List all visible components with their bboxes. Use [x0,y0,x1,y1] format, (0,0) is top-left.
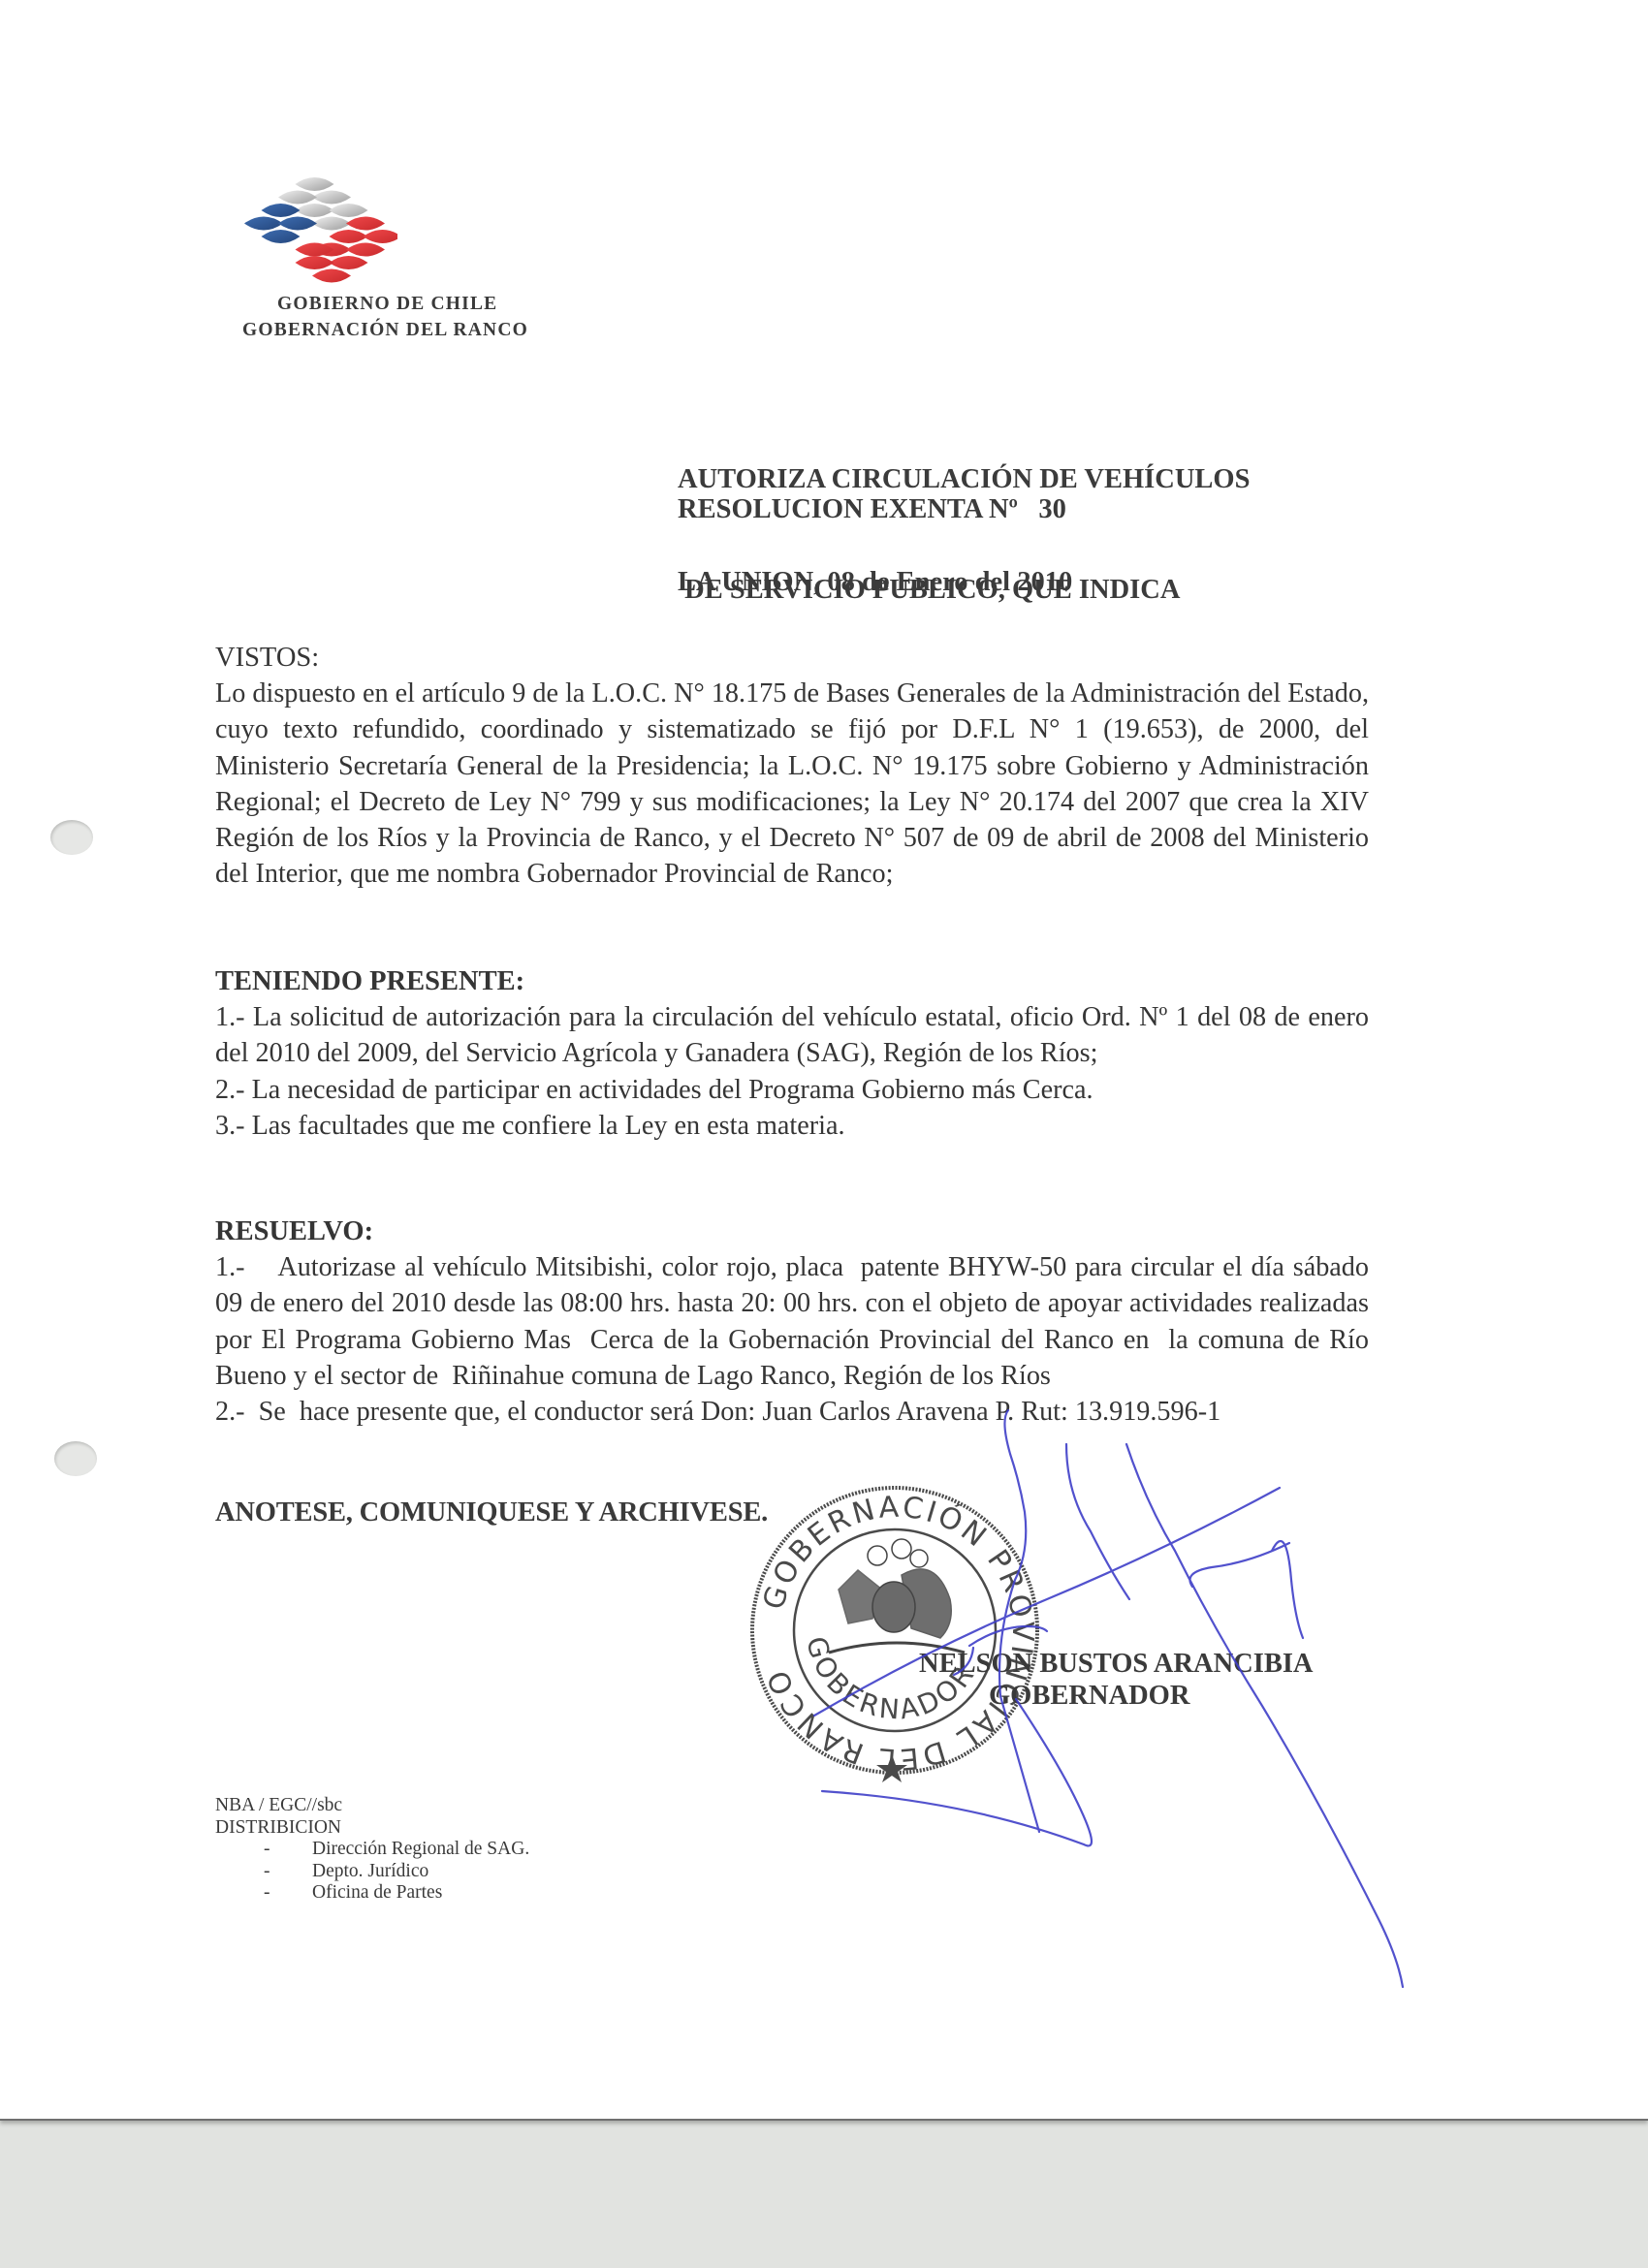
signatory-block: NELSON BUSTOS ARANCIBIA GOBERNADOR [919,1648,1314,1712]
teniendo-presente-item: 1.- La solicitud de autorización para la… [215,999,1369,1071]
svg-text:GOBERNACIÓN PROVINCIAL DEL RAN: GOBERNACIÓN PROVINCIAL DEL RANCO [757,1491,1039,1777]
resuelvo-item: 2.- Se hace presente que, el conductor s… [215,1394,1369,1430]
resuelvo-section: RESUELVO: 1.- Autorizase al vehículo Mit… [215,1213,1369,1430]
gobierno-de-chile-logo-icon [242,173,397,287]
resolution-label: RESOLUCION EXENTA Nº [678,494,1018,524]
resolution-number: 30 [1038,494,1066,524]
resolution-number-line: RESOLUCION EXENTA Nº 30 [678,494,1066,525]
distribution-item: -Dirección Regional de SAG. [215,1839,529,1861]
official-stamp-icon: GOBERNACIÓN PROVINCIAL DEL RANCO GOBERNA… [746,1483,1047,1783]
distribution-title: DISTRIBICION [215,1817,529,1840]
distribution-footer: NBA / EGC//sbc DISTRIBICION -Dirección R… [215,1795,529,1905]
reference-initials: NBA / EGC//sbc [215,1795,529,1817]
teniendo-presente-section: TENIENDO PRESENTE: 1.- La solicitud de a… [215,963,1369,1144]
resuelvo-title: RESUELVO: [215,1213,1369,1249]
punch-hole [54,1441,97,1476]
place-date: LA UNION, 08 de Enero del 2010 [678,567,1072,598]
coat-of-arms-icon [829,1539,965,1653]
organization-name: GOBIERNO DE CHILE GOBERNACIÓN DEL RANCO [242,291,572,343]
resuelvo-item: 1.- Autorizase al vehículo Mitsibishi, c… [215,1249,1369,1394]
teniendo-presente-title: TENIENDO PRESENTE: [215,963,1369,999]
document-page: GOBIERNO DE CHILE GOBERNACIÓN DEL RANCO … [0,0,1648,2121]
vistos-section: VISTOS: Lo dispuesto en el artículo 9 de… [215,640,1369,892]
teniendo-presente-item: 3.- Las facultades que me confiere la Le… [215,1108,1369,1144]
vistos-title: VISTOS: [215,640,1369,676]
vistos-text: Lo dispuesto en el artículo 9 de la L.O.… [215,676,1369,892]
subject-line-1: AUTORIZA CIRCULACIÓN DE VEHÍCULOS [678,461,1250,498]
org-line-2: GOBERNACIÓN DEL RANCO [242,317,572,343]
org-line-1: GOBIERNO DE CHILE [242,291,572,317]
signatory-title: GOBERNADOR [919,1680,1314,1712]
closing-formula: ANOTESE, COMUNIQUESE Y ARCHIVESE. [215,1497,768,1528]
distribution-item: -Depto. Jurídico [215,1861,529,1883]
resolution-subject: AUTORIZA CIRCULACIÓN DE VEHÍCULOS DE SER… [678,388,1250,682]
punch-hole [50,820,93,855]
stamp-ring-text: GOBERNACIÓN PROVINCIAL DEL RANCO [757,1491,1039,1777]
signatory-name: NELSON BUSTOS ARANCIBIA [919,1649,1314,1679]
teniendo-presente-item: 2.- La necesidad de participar en activi… [215,1072,1369,1108]
distribution-item: -Oficina de Partes [215,1882,529,1905]
